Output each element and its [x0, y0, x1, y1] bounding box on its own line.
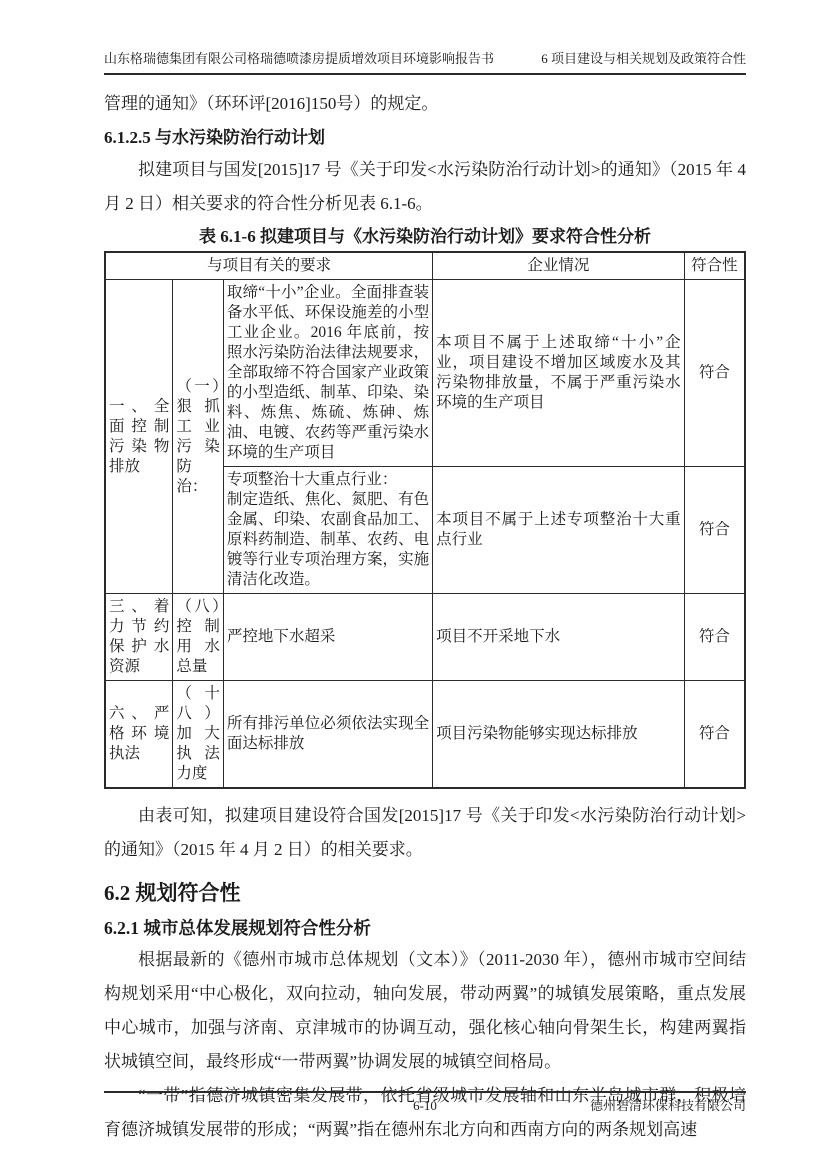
cell-subcategory: （十八）加大执法力度 — [173, 681, 224, 789]
footer-company-name: 德州碧清环保科技有限公司 — [590, 1097, 746, 1115]
header-chapter-title: 6 项目建设与相关规划及政策符合性 — [541, 50, 746, 68]
paragraph-6-1-2-5: 拟建项目与国发[2015]17 号《关于印发<水污染防治行动计划>的通知》（20… — [104, 153, 746, 221]
paragraph-6-2-1-a: 根据最新的《德州市城市总体规划（文本）》（2011-2030 年），德州市城市空… — [104, 943, 746, 1079]
heading-6-2: 6.2 规划符合性 — [104, 877, 746, 909]
cell-compliance: 符合 — [684, 594, 745, 681]
table-row: 一、全面控制污染物排放 （一）狠抓工业污染防治： 取缔“十小”企业。全面排查装备… — [105, 280, 745, 467]
paragraph-continuation: 管理的通知》（环环评[2016]150号）的规定。 — [104, 87, 746, 121]
document-page: 山东格瑞德集团有限公司格瑞德喷漆房提质增效项目环境影响报告书 6 项目建设与相关… — [0, 0, 827, 1169]
column-header-enterprise: 企业情况 — [433, 252, 685, 280]
cell-subcategory: （一）狠抓工业污染防治： — [173, 280, 224, 594]
cell-category: 三、着力节约保护水资源 — [105, 594, 173, 681]
column-header-compliance: 符合性 — [684, 252, 745, 280]
heading-6-2-1: 6.2.1 城市总体发展规划符合性分析 — [104, 913, 746, 943]
column-header-requirement: 与项目有关的要求 — [105, 252, 433, 280]
heading-6-1-2-5: 6.1.2.5 与水污染防治行动计划 — [104, 123, 746, 153]
cell-compliance: 符合 — [684, 280, 745, 467]
document-body: 管理的通知》（环环评[2016]150号）的规定。 6.1.2.5 与水污染防治… — [104, 87, 746, 1147]
cell-subcategory: （八）控制用水总量 — [173, 594, 224, 681]
cell-requirement: 所有排污单位必须依法实现全面达标排放 — [223, 681, 432, 789]
cell-enterprise: 项目污染物能够实现达标排放 — [433, 681, 685, 789]
table-row: 六、严格环境执法 （十八）加大执法力度 所有排污单位必须依法实现全面达标排放 项… — [105, 681, 745, 789]
page-footer: 6-10 德州碧清环保科技有限公司 — [104, 1091, 746, 1121]
cell-compliance: 符合 — [684, 467, 745, 594]
cell-enterprise: 本项目不属于上述取缔“十小”企业，项目建设不增加区域废水及其污染物排放量，不属于… — [433, 280, 685, 467]
header-report-title: 山东格瑞德集团有限公司格瑞德喷漆房提质增效项目环境影响报告书 — [104, 50, 494, 68]
cell-enterprise: 项目不开采地下水 — [433, 594, 685, 681]
cell-requirement: 专项整治十大重点行业： 制定造纸、焦化、氮肥、有色金属、印染、农副食品加工、原料… — [223, 467, 432, 594]
compliance-table: 与项目有关的要求 企业情况 符合性 一、全面控制污染物排放 （一）狠抓工业污染防… — [104, 251, 746, 789]
cell-requirement: 严控地下水超采 — [223, 594, 432, 681]
cell-enterprise: 本项目不属于上述专项整治十大重点行业 — [433, 467, 685, 594]
cell-category: 一、全面控制污染物排放 — [105, 280, 173, 594]
page-header: 山东格瑞德集团有限公司格瑞德喷漆房提质增效项目环境影响报告书 6 项目建设与相关… — [104, 50, 746, 75]
table-caption: 表 6.1-6 拟建项目与《水污染防治行动计划》要求符合性分析 — [104, 223, 746, 251]
paragraph-table-conclusion: 由表可知，拟建项目建设符合国发[2015]17 号《关于印发<水污染防治行动计划… — [104, 799, 746, 867]
cell-category: 六、严格环境执法 — [105, 681, 173, 789]
cell-requirement: 取缔“十小”企业。全面排查装备水平低、环保设施差的小型工业企业。2016 年底前… — [223, 280, 432, 467]
cell-compliance: 符合 — [684, 681, 745, 789]
table-row: 三、着力节约保护水资源 （八）控制用水总量 严控地下水超采 项目不开采地下水 符… — [105, 594, 745, 681]
table-header-row: 与项目有关的要求 企业情况 符合性 — [105, 252, 745, 280]
